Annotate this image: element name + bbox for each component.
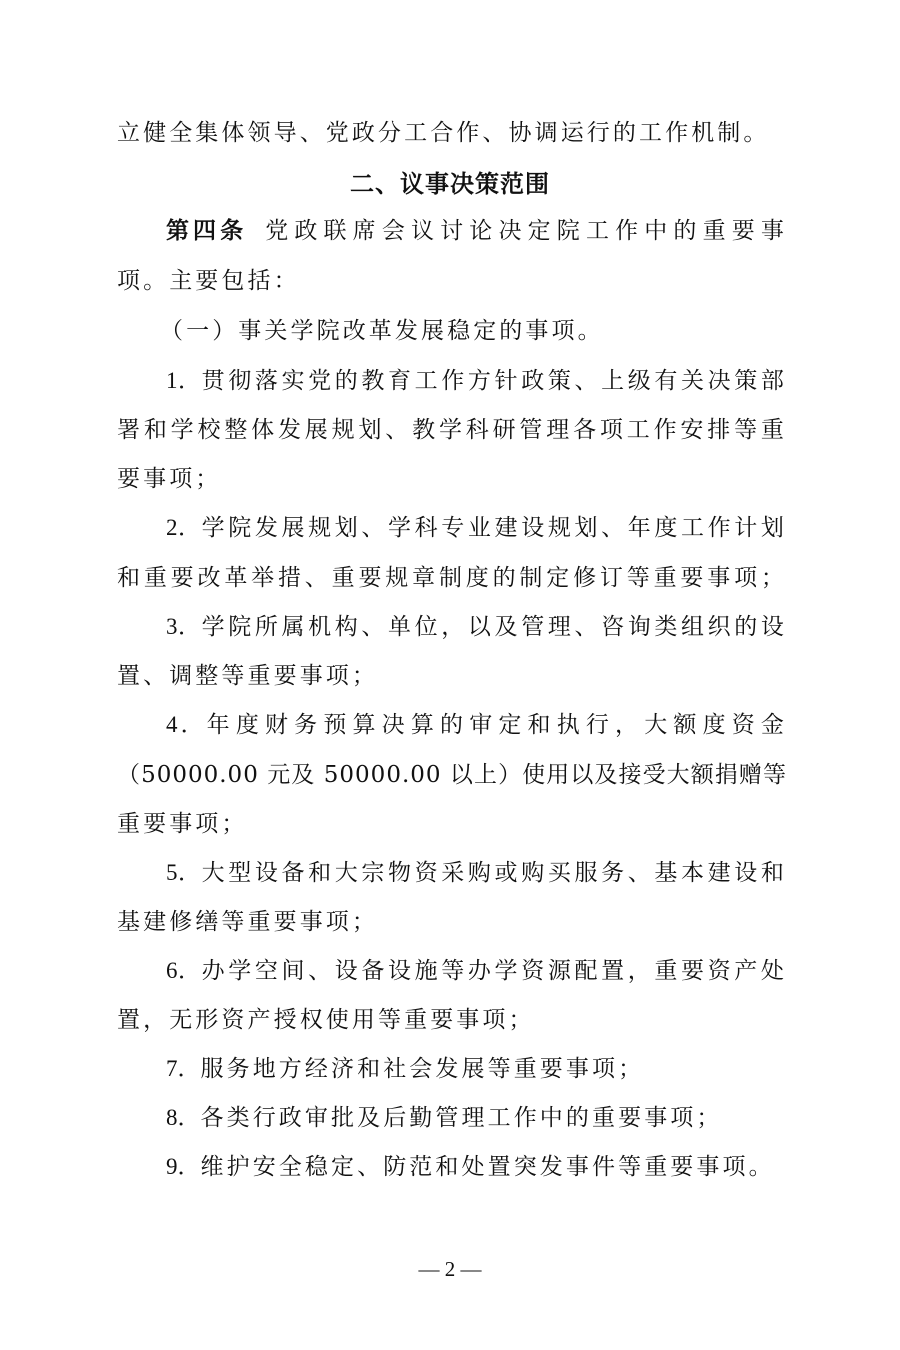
list-item-number: 4． [166, 712, 207, 737]
list-item-text: 贯彻落实党的教育工作方针政策、上级有关决策部 [202, 368, 787, 394]
page-number: — 2 — [0, 1255, 900, 1283]
list-item-line: 署和学校整体发展规划、教学科研管理各项工作安排等重 [117, 413, 787, 447]
section-heading: 二、议事决策范围 [0, 165, 900, 203]
article-paragraph-line: 项。主要包括： [117, 264, 787, 298]
list-item-line: 3．学院所属机构、单位，以及管理、咨询类组织的设 [166, 610, 787, 644]
subsection-heading: （一）事关学院改革发展稳定的事项。 [160, 314, 781, 348]
list-item-text: 各类行政审批及后勤管理工作中的重要事项； [201, 1105, 723, 1131]
list-item-line: 置，无形资产授权使用等重要事项； [117, 1003, 787, 1037]
list-item-number: 2． [166, 515, 202, 540]
list-item-text: 维护安全稳定、防范和处置突发事件等重要事项。 [201, 1154, 775, 1180]
list-item-line: 5．大型设备和大宗物资采购或购买服务、基本建设和 [166, 856, 787, 890]
list-item-number: 8． [166, 1105, 201, 1130]
article-paragraph-line: 第四条党政联席会议讨论决定院工作中的重要事 [166, 214, 787, 248]
list-item-text: 办学空间、设备设施等办学资源配置，重要资产处 [202, 958, 787, 984]
list-item-line: 基建修缮等重要事项； [117, 905, 787, 939]
list-item-number: 9． [166, 1154, 201, 1179]
list-item-number: 6． [166, 958, 202, 983]
list-item-line: 4．年度财务预算决算的审定和执行，大额度资金 [166, 708, 787, 742]
article-text: 党政联席会议讨论决定院工作中的重要事 [265, 218, 787, 244]
list-item-line: 重要事项； [117, 807, 787, 841]
list-item-text: 服务地方经济和社会发展等重要事项； [201, 1056, 645, 1082]
list-item-number: 7． [166, 1056, 201, 1081]
list-item-line: 和重要改革举措、重要规章制度的制定修订等重要事项； [117, 561, 787, 595]
continuation-paragraph-line: 立健全集体领导、党政分工合作、协调运行的工作机制。 [117, 116, 787, 150]
list-item-line: （50000.00 元及 50000.00 以上）使用以及接受大额捐赠等 [117, 758, 787, 792]
document-page: 立健全集体领导、党政分工合作、协调运行的工作机制。 二、议事决策范围 第四条党政… [0, 0, 900, 1350]
list-item-line: 置、调整等重要事项； [117, 659, 787, 693]
list-item-line: 1．贯彻落实党的教育工作方针政策、上级有关决策部 [166, 364, 787, 398]
list-item-number: 5． [166, 860, 202, 885]
list-item-text: 年度财务预算决算的审定和执行，大额度资金 [207, 712, 787, 738]
list-item-text: 学院发展规划、学科专业建设规划、年度工作计划 [202, 515, 787, 541]
list-item-text: 大型设备和大宗物资采购或购买服务、基本建设和 [202, 860, 787, 886]
list-item-line: 6．办学空间、设备设施等办学资源配置，重要资产处 [166, 954, 787, 988]
article-label: 第四条 [166, 218, 247, 244]
list-item-number: 3． [166, 614, 202, 639]
list-item-text: 学院所属机构、单位，以及管理、咨询类组织的设 [202, 614, 787, 640]
list-item-line: 8．各类行政审批及后勤管理工作中的重要事项； [166, 1101, 787, 1135]
list-item-number: 1． [166, 368, 202, 393]
list-item-line: 2．学院发展规划、学科专业建设规划、年度工作计划 [166, 511, 787, 545]
list-item-line: 9．维护安全稳定、防范和处置突发事件等重要事项。 [166, 1150, 787, 1184]
list-item-line: 7．服务地方经济和社会发展等重要事项； [166, 1052, 787, 1086]
list-item-line: 要事项； [117, 462, 787, 496]
